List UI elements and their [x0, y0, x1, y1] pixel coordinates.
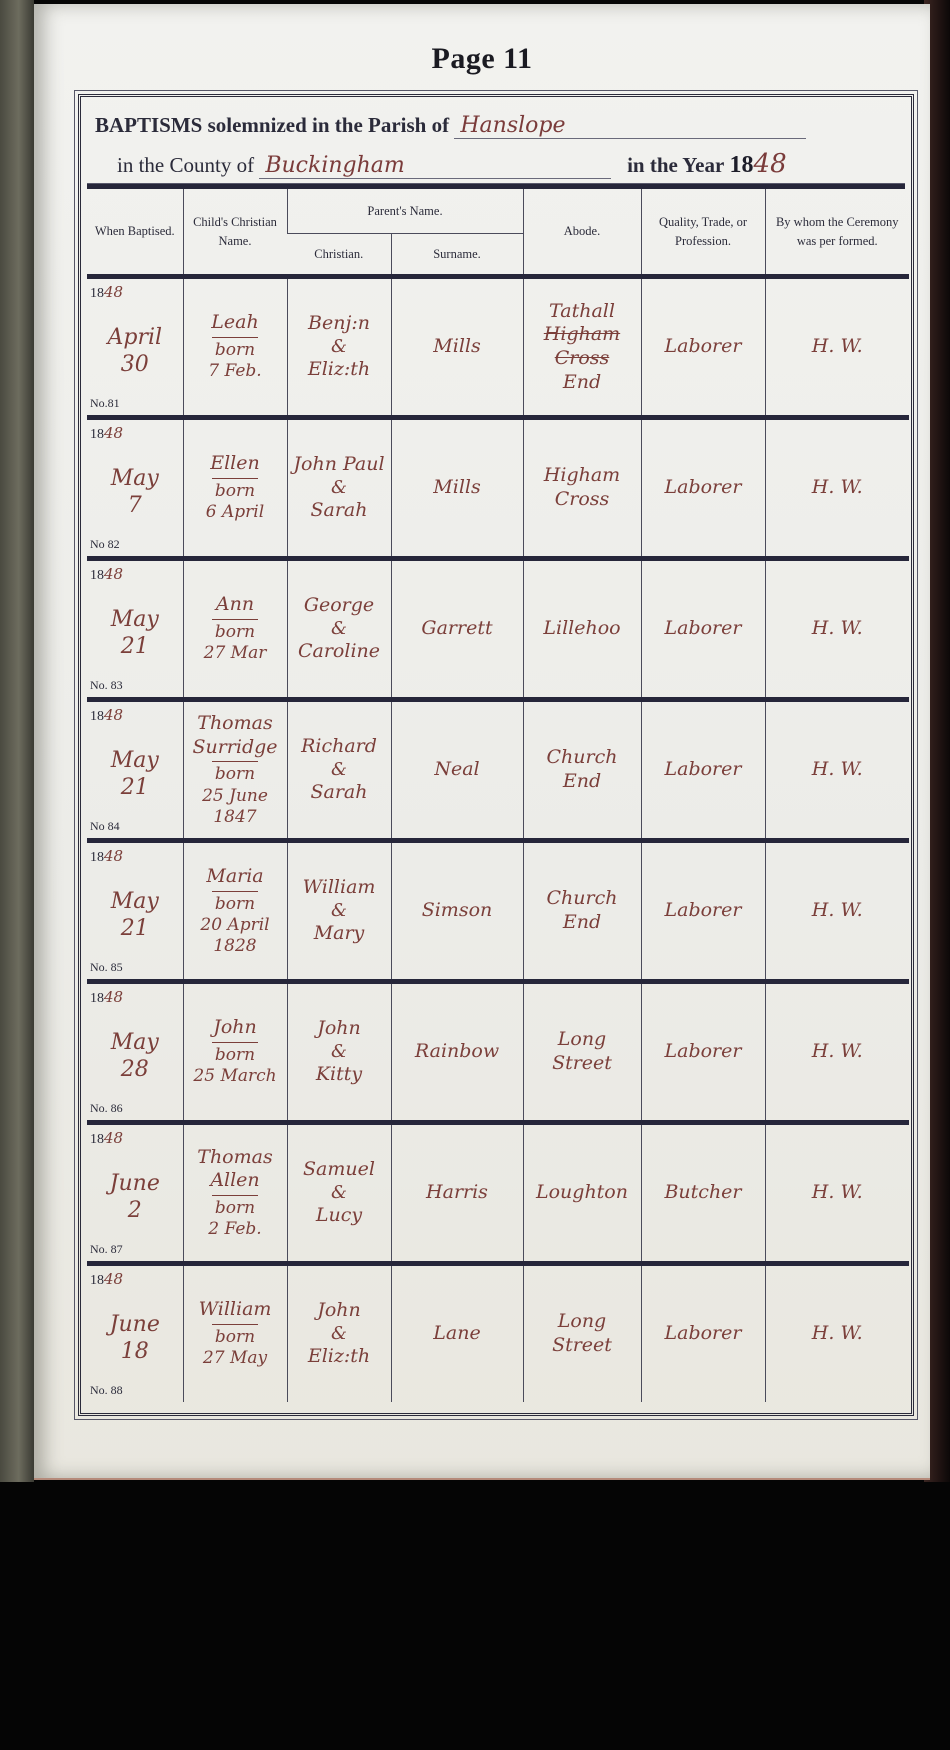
born-note: born	[186, 622, 285, 643]
entry-year: 1848	[90, 283, 123, 303]
entry-year: 1848	[90, 847, 123, 867]
entry-number: No. 85	[90, 960, 123, 975]
child-name: Thomas Surridge	[186, 712, 285, 760]
birth-date: 7 Feb.	[186, 361, 285, 382]
year-printed: 18	[90, 1273, 104, 1288]
cell-parents-christian: George & Caroline	[287, 559, 391, 700]
cell-child: Ann born 27 Mar	[183, 559, 287, 700]
cell-abode: Lillehoo	[523, 559, 641, 700]
title-line-county: in the County of Buckingham in the Year …	[117, 149, 787, 179]
abode-line: Long	[526, 1310, 639, 1334]
mother-name: Lucy	[290, 1204, 389, 1228]
cell-trade: Laborer	[641, 559, 765, 700]
year-printed: 18	[90, 991, 104, 1006]
father-name: George	[290, 594, 389, 618]
cell-minister: H. W.	[765, 277, 909, 418]
name-underline	[212, 1324, 258, 1325]
abode-line: Street	[526, 1334, 639, 1358]
col-child-name: Child's Christian Name.	[183, 189, 287, 277]
year-written: 48	[754, 149, 787, 179]
cell-abode: Loughton	[523, 1123, 641, 1264]
year-written: 48	[104, 1270, 123, 1288]
cell-minister: H. W.	[765, 700, 909, 841]
county-field: Buckingham	[259, 153, 611, 179]
col-parents-christian: Christian.	[287, 234, 391, 277]
cell-parents-christian: William & Mary	[287, 841, 391, 982]
baptism-day: 18	[89, 1338, 181, 1366]
col-parents-name: Parent's Name.	[287, 189, 523, 234]
mother-name: Eliz:th	[290, 358, 389, 382]
abode-lines: ChurchEnd	[526, 887, 639, 935]
register-entry: 1848 May 21 No. 83 Ann born 27 Mar Georg…	[87, 559, 909, 700]
mother-name: Sarah	[290, 499, 389, 523]
baptism-month: May	[89, 747, 181, 775]
abode-line: End	[526, 911, 639, 935]
cell-abode: TathallHigham CrossEnd	[523, 277, 641, 418]
baptism-month: April	[89, 324, 181, 352]
entry-number: No. 86	[90, 1101, 123, 1116]
child-name: Ann	[186, 593, 285, 617]
born-note: born	[186, 894, 285, 915]
abode-line: Cross	[526, 488, 639, 512]
baptism-month: May	[89, 606, 181, 634]
name-underline	[212, 619, 258, 620]
entry-year: 1848	[90, 424, 123, 444]
cell-parents-christian: John & Kitty	[287, 982, 391, 1123]
born-note: born	[186, 1327, 285, 1348]
abode-line: Church	[526, 887, 639, 911]
baptism-day: 21	[89, 774, 181, 802]
register-title: BAPTISMS solemnized in the Parish of Han…	[95, 107, 899, 189]
cell-parents-christian: John & Eliz:th	[287, 1264, 391, 1403]
cell-abode: ChurchEnd	[523, 841, 641, 982]
baptism-day: 21	[89, 915, 181, 943]
register-entry: 1848 May 7 No 82 Ellen born 6 April John…	[87, 418, 909, 559]
name-underline	[212, 1195, 258, 1196]
baptism-table: When Baptised. Child's Christian Name. P…	[87, 189, 909, 1402]
mother-name: Kitty	[290, 1063, 389, 1087]
birth-date: 20 April 1828	[186, 915, 285, 958]
cell-trade: Laborer	[641, 1264, 765, 1403]
cell-trade: Laborer	[641, 982, 765, 1123]
birth-date: 25 March	[186, 1066, 285, 1087]
father-name: Benj:n	[290, 312, 389, 336]
mother-name: Sarah	[290, 781, 389, 805]
col-abode: Abode.	[523, 189, 641, 277]
cell-child: Thomas Surridge born 25 June 1847	[183, 700, 287, 841]
ampersand: &	[290, 477, 389, 500]
cell-parents-christian: Richard & Sarah	[287, 700, 391, 841]
ampersand: &	[290, 618, 389, 641]
birth-date: 2 Feb.	[186, 1219, 285, 1240]
cell-abode: ChurchEnd	[523, 700, 641, 841]
ampersand: &	[290, 1182, 389, 1205]
name-underline	[212, 891, 258, 892]
cell-when: 1848 May 7 No 82	[87, 418, 183, 559]
year-printed: 18	[730, 152, 754, 178]
cell-child: Thomas Allen born 2 Feb.	[183, 1123, 287, 1264]
cell-surname: Mills	[391, 418, 523, 559]
cell-when: 1848 May 21 No 84	[87, 700, 183, 841]
cell-when: 1848 May 28 No. 86	[87, 982, 183, 1123]
cell-trade: Laborer	[641, 700, 765, 841]
year-written: 48	[104, 706, 123, 724]
birth-date: 25 June 1847	[186, 786, 285, 829]
year-label: in the Year	[627, 153, 724, 177]
baptism-day: 30	[89, 351, 181, 379]
register-entry: 1848 April 30 No.81 Leah born 7 Feb. Ben…	[87, 277, 909, 418]
year-written: 48	[104, 283, 123, 301]
year-printed: 18	[90, 850, 104, 865]
year-written: 48	[104, 424, 123, 442]
cell-surname: Simson	[391, 841, 523, 982]
cell-minister: H. W.	[765, 559, 909, 700]
year-written: 48	[104, 847, 123, 865]
cell-when: 1848 June 2 No. 87	[87, 1123, 183, 1264]
abode-lines: LongStreet	[526, 1310, 639, 1358]
abode-line: Long	[526, 1028, 639, 1052]
year-written: 48	[104, 1129, 123, 1147]
abode-lines: LongStreet	[526, 1028, 639, 1076]
year-printed: 18	[90, 286, 104, 301]
abode-line: Lillehoo	[526, 617, 639, 641]
year-printed: 18	[90, 427, 104, 442]
cell-trade: Butcher	[641, 1123, 765, 1264]
abode-lines: TathallHigham CrossEnd	[526, 300, 639, 395]
cell-child: William born 27 May	[183, 1264, 287, 1403]
year-printed: 18	[90, 709, 104, 724]
cell-minister: H. W.	[765, 1264, 909, 1403]
entry-number: No.81	[90, 396, 120, 411]
cell-when: 1848 April 30 No.81	[87, 277, 183, 418]
child-name: Ellen	[186, 452, 285, 476]
baptism-month: May	[89, 888, 181, 916]
ampersand: &	[290, 336, 389, 359]
cell-child: Ellen born 6 April	[183, 418, 287, 559]
mother-name: Eliz:th	[290, 1345, 389, 1369]
baptism-month: May	[89, 465, 181, 493]
year-written: 48	[104, 565, 123, 583]
birth-date: 27 May	[186, 1348, 285, 1369]
cell-minister: H. W.	[765, 1123, 909, 1264]
entry-year: 1848	[90, 1129, 123, 1149]
abode-lines: Loughton	[526, 1181, 639, 1205]
father-name: Samuel	[290, 1158, 389, 1182]
ampersand: &	[290, 900, 389, 923]
baptism-month: June	[89, 1311, 181, 1339]
child-name: Leah	[186, 311, 285, 335]
cell-surname: Rainbow	[391, 982, 523, 1123]
year-printed: 18	[90, 568, 104, 583]
entry-number: No. 88	[90, 1383, 123, 1398]
cell-abode: HighamCross	[523, 418, 641, 559]
baptism-day: 21	[89, 633, 181, 661]
abode-line: Higham Cross	[526, 323, 639, 371]
abode-line: Street	[526, 1052, 639, 1076]
birth-date: 27 Mar	[186, 643, 285, 664]
cell-trade: Laborer	[641, 277, 765, 418]
abode-line: End	[526, 371, 639, 395]
abode-lines: Lillehoo	[526, 617, 639, 641]
cell-minister: H. W.	[765, 841, 909, 982]
cell-surname: Garrett	[391, 559, 523, 700]
cell-parents-christian: Samuel & Lucy	[287, 1123, 391, 1264]
abode-line: End	[526, 770, 639, 794]
year-written: 48	[104, 988, 123, 1006]
cell-surname: Mills	[391, 277, 523, 418]
cell-surname: Neal	[391, 700, 523, 841]
parish-field: Hanslope	[454, 113, 806, 139]
cell-minister: H. W.	[765, 982, 909, 1123]
register-entry: 1848 May 28 No. 86 John born 25 March Jo…	[87, 982, 909, 1123]
born-note: born	[186, 764, 285, 785]
child-name: John	[186, 1016, 285, 1040]
born-note: born	[186, 1198, 285, 1219]
cell-child: John born 25 March	[183, 982, 287, 1123]
baptism-day: 28	[89, 1056, 181, 1084]
register-entry: 1848 June 2 No. 87 Thomas Allen born 2 F…	[87, 1123, 909, 1264]
entry-year: 1848	[90, 1270, 123, 1290]
book-spine-left	[0, 0, 34, 1482]
title-solemnized: solemnized in the Parish of	[208, 113, 450, 137]
ampersand: &	[290, 759, 389, 782]
father-name: John	[290, 1299, 389, 1323]
father-name: William	[290, 876, 389, 900]
cell-abode: LongStreet	[523, 982, 641, 1123]
baptism-register: BAPTISMS solemnized in the Parish of Han…	[78, 94, 914, 1416]
cell-parents-christian: John Paul & Sarah	[287, 418, 391, 559]
child-name: Maria	[186, 865, 285, 889]
cell-trade: Laborer	[641, 841, 765, 982]
register-entry: 1848 June 18 No. 88 William born 27 May …	[87, 1264, 909, 1403]
cell-child: Leah born 7 Feb.	[183, 277, 287, 418]
county-label: in the County of	[117, 153, 254, 177]
cell-abode: LongStreet	[523, 1264, 641, 1403]
col-minister: By whom the Ceremony was per formed.	[765, 189, 909, 277]
cell-when: 1848 June 18 No. 88	[87, 1264, 183, 1403]
name-underline	[212, 761, 258, 762]
entry-number: No 84	[90, 819, 120, 834]
father-name: John	[290, 1017, 389, 1041]
register-entry: 1848 May 21 No 84 Thomas Surridge born 2…	[87, 700, 909, 841]
baptism-day: 2	[89, 1197, 181, 1225]
name-underline	[212, 1042, 258, 1043]
abode-line: Church	[526, 746, 639, 770]
name-underline	[212, 478, 258, 479]
register-page: Page 11 BAPTISMS solemnized in the Paris…	[34, 4, 930, 1480]
cell-when: 1848 May 21 No. 83	[87, 559, 183, 700]
page-number: Page 11	[34, 42, 930, 76]
col-trade: Quality, Trade, or Profession.	[641, 189, 765, 277]
entry-number: No. 87	[90, 1242, 123, 1257]
ampersand: &	[290, 1323, 389, 1346]
cell-trade: Laborer	[641, 418, 765, 559]
child-name: Thomas Allen	[186, 1146, 285, 1194]
mother-name: Mary	[290, 922, 389, 946]
name-underline	[212, 337, 258, 338]
col-when-baptised: When Baptised.	[87, 189, 183, 277]
cell-minister: H. W.	[765, 418, 909, 559]
born-note: born	[186, 1045, 285, 1066]
title-line-parish: BAPTISMS solemnized in the Parish of Han…	[95, 113, 806, 139]
father-name: Richard	[290, 735, 389, 759]
child-name: William	[186, 1298, 285, 1322]
year-printed: 18	[90, 1132, 104, 1147]
entry-number: No 82	[90, 537, 120, 552]
father-name: John Paul	[290, 453, 389, 477]
register-entry: 1848 May 21 No. 85 Maria born 20 April 1…	[87, 841, 909, 982]
abode-lines: ChurchEnd	[526, 746, 639, 794]
abode-line: Loughton	[526, 1181, 639, 1205]
cell-child: Maria born 20 April 1828	[183, 841, 287, 982]
entry-year: 1848	[90, 988, 123, 1008]
mother-name: Caroline	[290, 640, 389, 664]
born-note: born	[186, 481, 285, 502]
abode-line: Tathall	[526, 300, 639, 324]
baptism-day: 7	[89, 492, 181, 520]
col-parents-surname: Surname.	[391, 234, 523, 277]
ampersand: &	[290, 1041, 389, 1064]
birth-date: 6 April	[186, 502, 285, 523]
cell-surname: Lane	[391, 1264, 523, 1403]
baptism-month: June	[89, 1170, 181, 1198]
baptism-month: May	[89, 1029, 181, 1057]
entry-number: No. 83	[90, 678, 123, 693]
entry-year: 1848	[90, 706, 123, 726]
born-note: born	[186, 340, 285, 361]
cell-surname: Harris	[391, 1123, 523, 1264]
cell-parents-christian: Benj:n & Eliz:th	[287, 277, 391, 418]
entry-year: 1848	[90, 565, 123, 585]
cell-when: 1848 May 21 No. 85	[87, 841, 183, 982]
abode-lines: HighamCross	[526, 464, 639, 512]
title-baptisms: BAPTISMS	[95, 113, 202, 137]
abode-line: Higham	[526, 464, 639, 488]
